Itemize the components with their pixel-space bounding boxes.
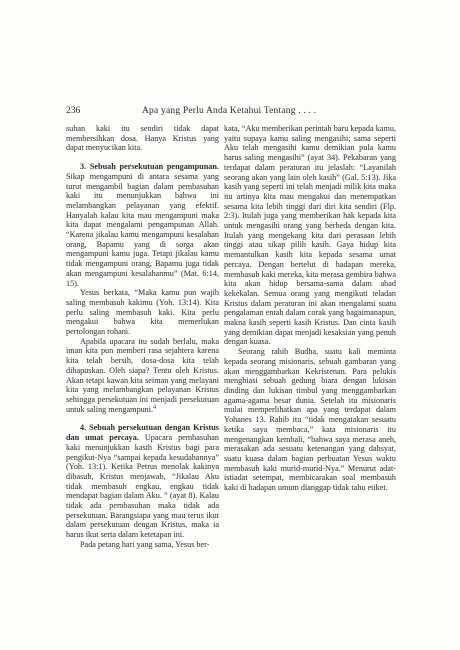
running-title: Apa yang Perlu Anda Ketahui Tentang . . … (80, 106, 396, 117)
footnote-marker: 4 (153, 404, 156, 410)
paragraph-with-footnote: Apabila upacara itu sudah berlalu, maka … (66, 337, 219, 415)
paragraph: Seorang rahib Budha, suatu kali meminta … (224, 347, 396, 493)
section-3-heading: 3. Sebuah persekutuan pengampunan. (80, 162, 219, 171)
paragraph-text: Apabila upacara itu sudah berlalu, maka … (66, 337, 219, 414)
page-number: 236 (66, 106, 80, 117)
paragraph-continuation: suhan kaki itu sendiri tidak dapat membe… (66, 124, 219, 153)
paragraph-section-4: 4. Sebuah persekutuan dengan Kristus dan… (66, 423, 219, 539)
paragraph: Yesus berkata, “Maka kamu pun wajib sali… (66, 288, 219, 337)
text-columns: suhan kaki itu sendiri tidak dapat membe… (66, 124, 396, 550)
book-page: 236 Apa yang Perlu Anda Ketahui Tentang … (0, 0, 460, 650)
paragraph-continuation: kata, “Aku memberikan perintah baru kepa… (224, 124, 396, 347)
page-content: 236 Apa yang Perlu Anda Ketahui Tentang … (66, 106, 396, 550)
column-right: kata, “Aku memberikan perintah baru kepa… (224, 124, 396, 550)
paragraph-section-3: 3. Sebuah persekutuan pengampunan. Sikap… (66, 162, 219, 288)
column-left: suhan kaki itu sendiri tidak dapat membe… (66, 124, 219, 550)
section-3-body: Sikap mengampuni di antara sesama yang t… (66, 172, 219, 288)
section-4-body: Upacara pembasuhan kaki menunjukkan kasi… (66, 433, 219, 539)
paragraph-column-break: Pada petang hari yang sama, Yesus ber- (66, 540, 219, 550)
page-header: 236 Apa yang Perlu Anda Ketahui Tentang … (66, 106, 396, 117)
